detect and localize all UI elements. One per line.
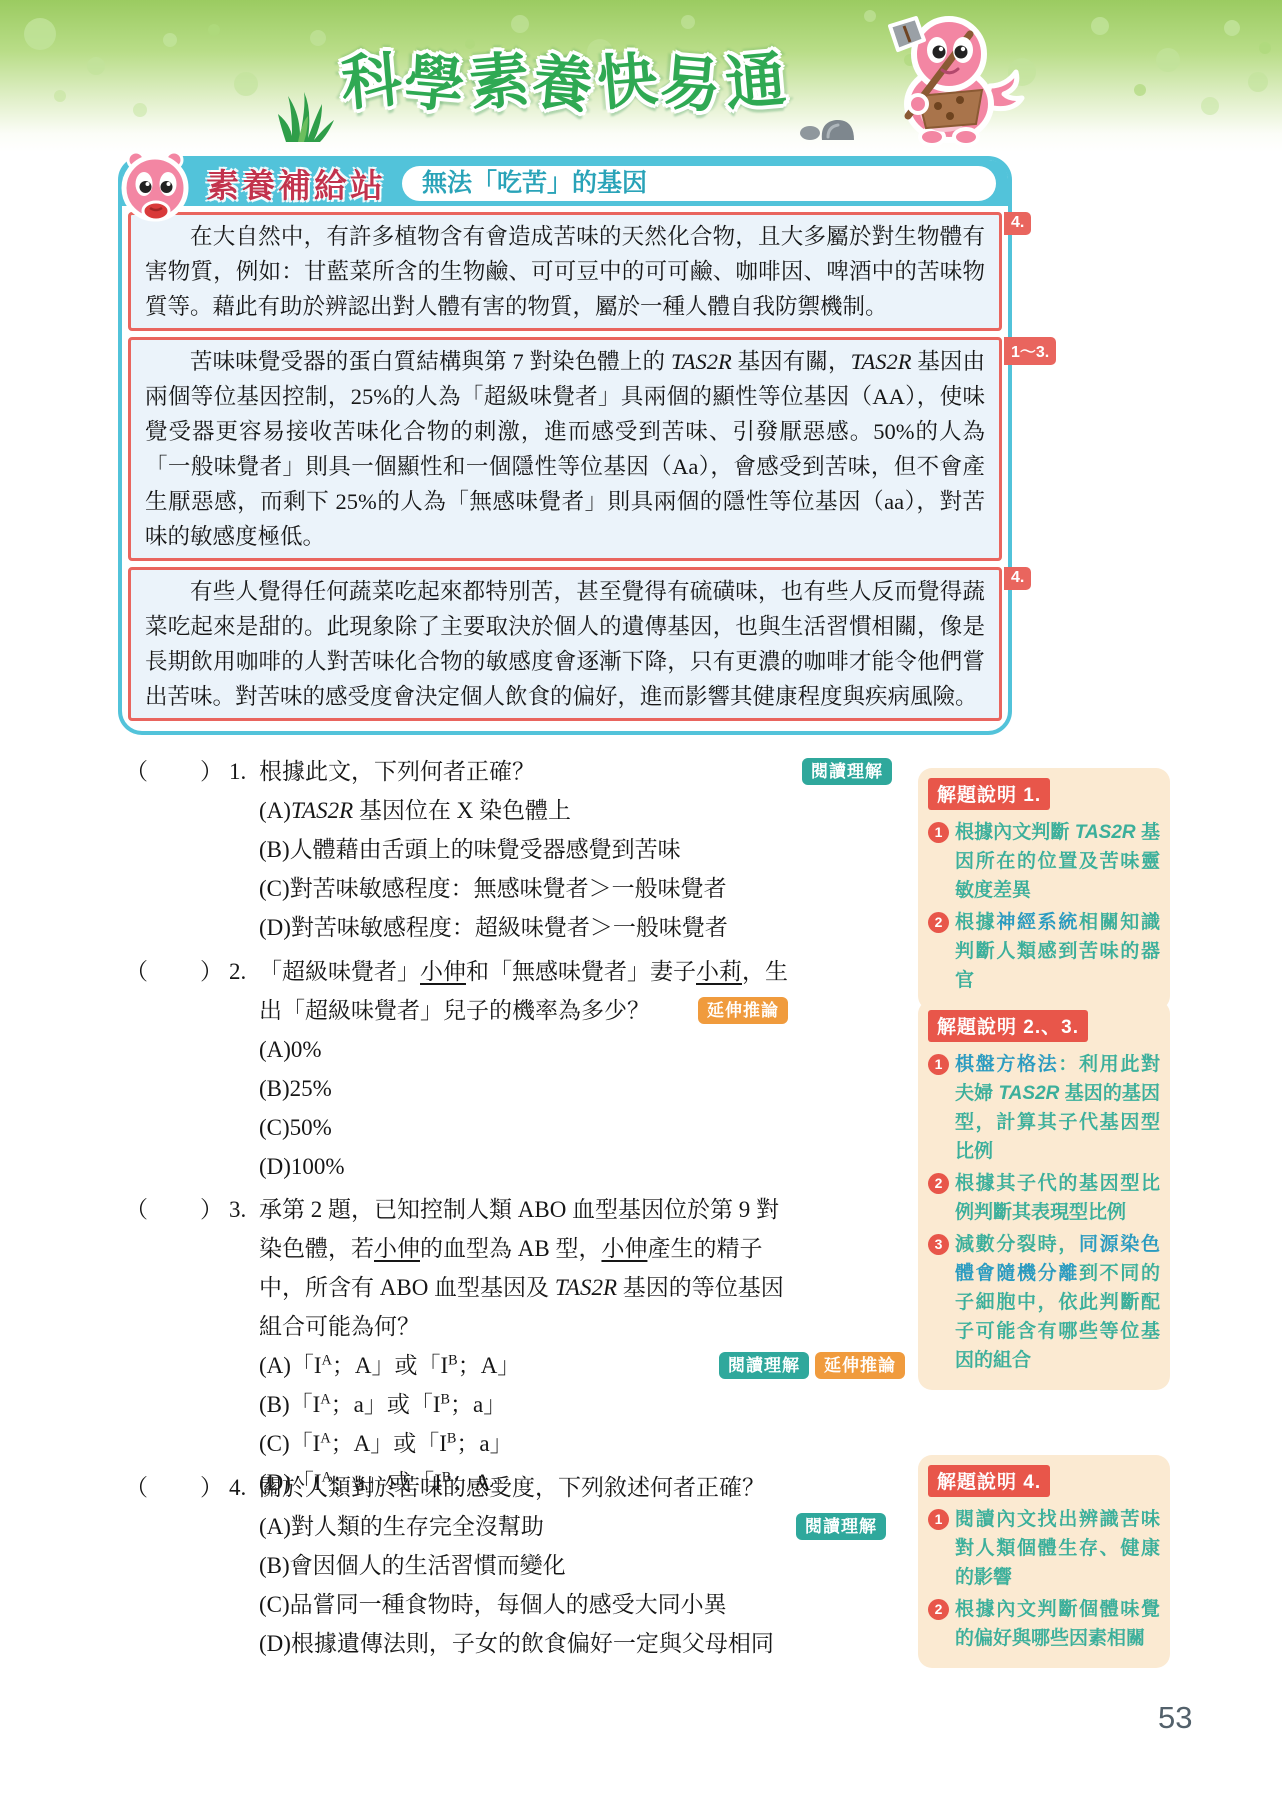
- solution-point-text: 根據內文判斷個體味覺的偏好與哪些因素相關: [955, 1599, 1160, 1649]
- option-d: (D)100%: [259, 1147, 801, 1186]
- solution-box-2-3: 解題說明 2.、3. 1棋盤方格法：利用此對夫婦 TAS2R 基因的基因型，計算…: [918, 1000, 1170, 1390]
- badge-extended-inference: 延伸推論: [815, 1352, 905, 1379]
- solution-title: 解題說明 4.: [928, 1465, 1050, 1497]
- point-number-icon: 1: [928, 822, 949, 843]
- option-a: (A)對人類的生存完全沒幫助: [259, 1507, 801, 1546]
- option-c: (C)50%: [259, 1108, 801, 1147]
- question-1: （ ） 1. 根據此文，下列何者正確？ 閱讀理解 (A)TAS2R 基因位在 X…: [125, 752, 801, 947]
- option-a: (A)0%: [259, 1030, 801, 1069]
- question-number: 1.: [229, 752, 259, 791]
- solution-point: 2根據其子代的基因型比例判斷其表現型比例: [928, 1169, 1160, 1227]
- point-number-icon: 2: [928, 1599, 949, 1620]
- badge-reading-comprehension: 閱讀理解: [802, 758, 892, 785]
- passage-question-tag: 4.: [1004, 567, 1031, 590]
- badge-reading-comprehension: 閱讀理解: [719, 1352, 809, 1379]
- page-header: 科學素養快易通: [0, 0, 1282, 152]
- solution-point: 2根據內文判斷個體味覺的偏好與哪些因素相關: [928, 1595, 1160, 1653]
- solution-point-text: 閱讀內文找出辨識苦味對人類個體生存、健康的影響: [955, 1509, 1160, 1588]
- question-number: 2.: [229, 952, 259, 991]
- solution-point: 1閱讀內文找出辨識苦味對人類個體生存、健康的影響: [928, 1505, 1160, 1592]
- page-title: 科學素養快易通: [318, 34, 812, 120]
- solution-title: 解題說明 2.、3.: [928, 1010, 1088, 1042]
- option-c: (C)對苦味敏感程度：無感味覺者＞一般味覺者: [259, 869, 801, 908]
- question-stem: 承第 2 題，已知控制人類 ABO 血型基因位於第 9 對染色體，若小伸的血型為…: [259, 1190, 801, 1346]
- point-number-icon: 3: [928, 1234, 949, 1255]
- solution-point-text: 根據其子代的基因型比例判斷其表現型比例: [955, 1173, 1160, 1223]
- solution-title: 解題說明 1.: [928, 778, 1050, 810]
- solution-point: 3減數分裂時，同源染色體會隨機分離到不同的子細胞中，依此判斷配子可能含有哪些等位…: [928, 1230, 1160, 1375]
- question-number: 4.: [229, 1468, 259, 1507]
- grass-icon: [278, 92, 340, 142]
- option-c: (C)「IA；A」或「IB；a」: [259, 1424, 801, 1463]
- passage-text: 苦味味覺受器的蛋白質結構與第 7 對染色體上的 TAS2R 基因有關，TAS2R…: [145, 344, 985, 554]
- answer-blank: （ ）: [125, 752, 229, 791]
- answer-blank: （ ）: [125, 1190, 229, 1229]
- badge-reading-comprehension: 閱讀理解: [796, 1513, 886, 1540]
- dino-mascot-icon: [852, 10, 1027, 148]
- solution-point: 1根據內文判斷 TAS2R 基因所在的位置及苦味靈敏度差異: [928, 818, 1160, 905]
- section-title: 素養補給站: [206, 160, 386, 207]
- station-mascot-icon: [114, 148, 198, 228]
- point-number-icon: 2: [928, 912, 949, 933]
- solution-box-1: 解題說明 1. 1根據內文判斷 TAS2R 基因所在的位置及苦味靈敏度差異 2根…: [918, 768, 1170, 1010]
- solution-point-text: 減數分裂時，同源染色體會隨機分離到不同的子細胞中，依此判斷配子可能含有哪些等位基…: [955, 1234, 1160, 1371]
- question-2: （ ） 2. 「超級味覺者」小伸和「無感味覺者」妻子小莉，生出「超級味覺者」兒子…: [125, 952, 801, 1186]
- solution-point: 2根據神經系統相關知識判斷人類感到苦味的器官: [928, 908, 1160, 995]
- point-number-icon: 2: [928, 1173, 949, 1194]
- question-number: 3.: [229, 1190, 259, 1229]
- passage-question-tag: 1～3.: [1004, 337, 1056, 365]
- solution-points: 1閱讀內文找出辨識苦味對人類個體生存、健康的影響 2根據內文判斷個體味覺的偏好與…: [928, 1505, 1160, 1653]
- solution-points: 1根據內文判斷 TAS2R 基因所在的位置及苦味靈敏度差異 2根據神經系統相關知…: [928, 818, 1160, 995]
- passage-box-1: 在大自然中，有許多植物含有會造成苦味的天然化合物，且大多屬於對生物體有害物質，例…: [128, 212, 1002, 331]
- passage-box-2: 苦味味覺受器的蛋白質結構與第 7 對染色體上的 TAS2R 基因有關，TAS2R…: [128, 337, 1002, 561]
- option-b: (B)會因個人的生活習慣而變化: [259, 1546, 801, 1585]
- passage-question-tag: 4.: [1004, 212, 1031, 235]
- solution-box-4: 解題說明 4. 1閱讀內文找出辨識苦味對人類個體生存、健康的影響 2根據內文判斷…: [918, 1455, 1170, 1668]
- badge-extended-inference: 延伸推論: [698, 997, 788, 1024]
- solution-points: 1棋盤方格法：利用此對夫婦 TAS2R 基因的基因型，計算其子代基因型比例 2根…: [928, 1050, 1160, 1375]
- solution-point: 1棋盤方格法：利用此對夫婦 TAS2R 基因的基因型，計算其子代基因型比例: [928, 1050, 1160, 1166]
- option-d: (D)根據遺傳法則，子女的飲食偏好一定與父母相同: [259, 1624, 801, 1663]
- rocks-icon: [790, 104, 858, 142]
- worksheet-page: 科學素養快易通: [0, 0, 1282, 1813]
- option-a: (A)TAS2R 基因位在 X 染色體上: [259, 791, 801, 830]
- option-c: (C)品嘗同一種食物時，每個人的感受大同小異: [259, 1585, 801, 1624]
- section-subtitle: 無法「吃苦」的基因: [402, 166, 996, 201]
- point-number-icon: 1: [928, 1054, 949, 1075]
- solution-point-text: 根據神經系統相關知識判斷人類感到苦味的器官: [955, 912, 1160, 991]
- question-3: （ ） 3. 承第 2 題，已知控制人類 ABO 血型基因位於第 9 對染色體，…: [125, 1190, 801, 1502]
- page-number: 53: [1158, 1700, 1192, 1736]
- question-4: （ ） 4. 關於人類對於苦味的感受度，下列敘述何者正確？ (A)對人類的生存完…: [125, 1468, 801, 1663]
- point-number-icon: 1: [928, 1509, 949, 1530]
- option-b: (B)25%: [259, 1069, 801, 1108]
- passages: 在大自然中，有許多植物含有會造成苦味的天然化合物，且大多屬於對生物體有害物質，例…: [122, 206, 1008, 721]
- passage-text: 有些人覺得任何蔬菜吃起來都特別苦，甚至覺得有硫磺味，也有些人反而覺得蔬菜吃起來是…: [145, 574, 985, 714]
- section-banner: 素養補給站 無法「吃苦」的基因: [122, 160, 1008, 206]
- option-b: (B)人體藉由舌頭上的味覺受器感覺到苦味: [259, 830, 801, 869]
- option-b: (B)「IA；a」或「IB；a」: [259, 1385, 801, 1424]
- passage-box-3: 有些人覺得任何蔬菜吃起來都特別苦，甚至覺得有硫磺味，也有些人反而覺得蔬菜吃起來是…: [128, 567, 1002, 721]
- answer-blank: （ ）: [125, 952, 229, 991]
- option-d: (D)對苦味敏感程度：超級味覺者＞一般味覺者: [259, 908, 801, 947]
- solution-point-text: 棋盤方格法：利用此對夫婦 TAS2R 基因的基因型，計算其子代基因型比例: [955, 1054, 1160, 1162]
- question-stem: 關於人類對於苦味的感受度，下列敘述何者正確？: [259, 1468, 801, 1507]
- answer-blank: （ ）: [125, 1468, 229, 1507]
- passage-text: 在大自然中，有許多植物含有會造成苦味的天然化合物，且大多屬於對生物體有害物質，例…: [145, 219, 985, 324]
- reading-section: 素養補給站 無法「吃苦」的基因 在大自然中，有許多植物含有會造成苦味的天然化合物…: [118, 156, 1012, 735]
- question-stem: 根據此文，下列何者正確？: [259, 752, 801, 791]
- solution-point-text: 根據內文判斷 TAS2R 基因所在的位置及苦味靈敏度差異: [955, 822, 1160, 901]
